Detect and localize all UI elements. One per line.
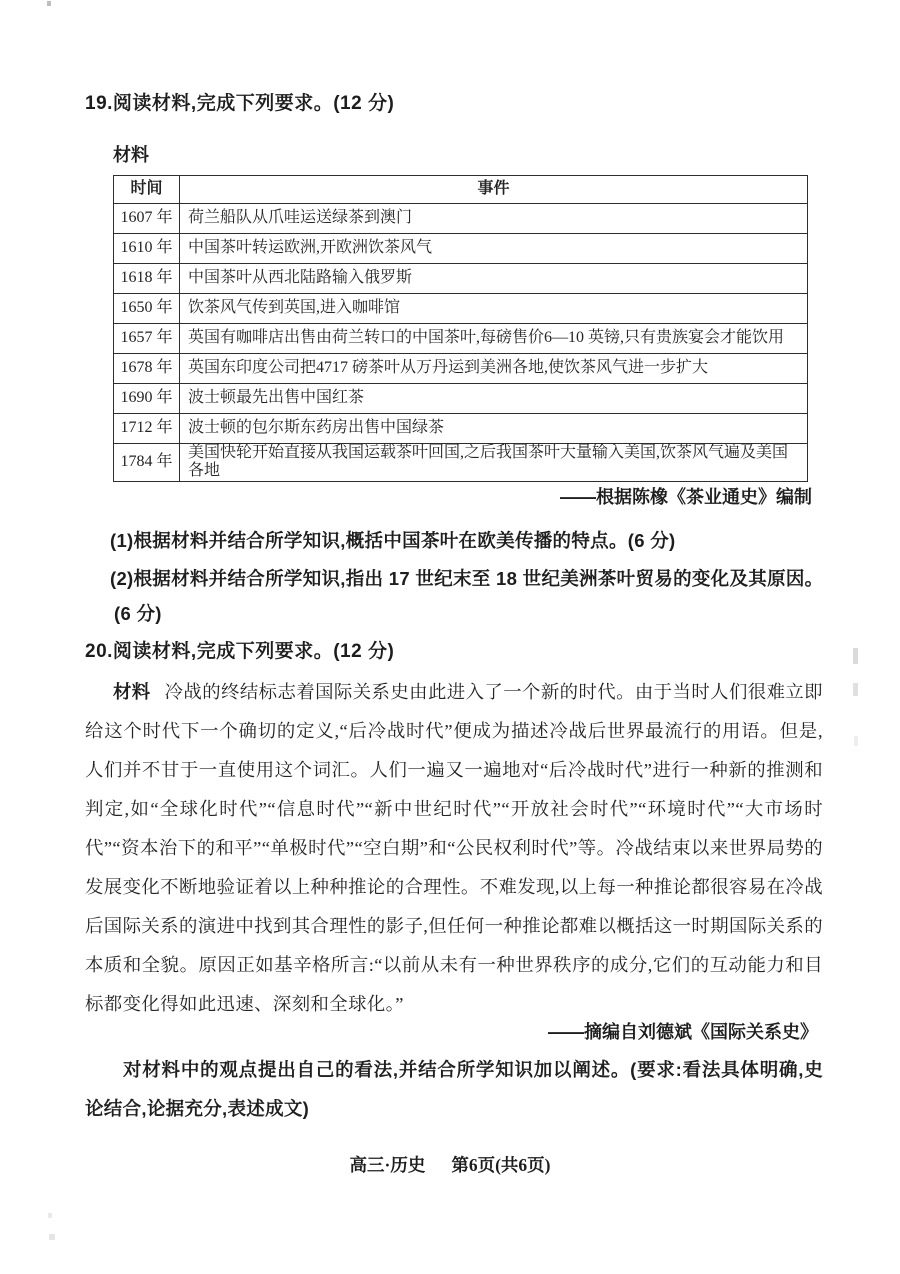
- year-cell: 1618 年: [114, 264, 180, 294]
- event-cell: 美国快轮开始直接从我国运载茶叶回国,之后我国茶叶大量输入美国,饮茶风气遍及美国各…: [180, 444, 808, 482]
- page-footer: 高三·历史第6页(共6页): [0, 1152, 900, 1177]
- exam-page: { "page": { "q19": { "number": "19.", "p…: [0, 0, 900, 1274]
- table-row: 1607 年荷兰船队从爪哇运送绿茶到澳门: [114, 204, 808, 234]
- event-cell: 中国茶叶从西北陆路输入俄罗斯: [180, 264, 808, 294]
- q20-material-paragraph: 材料冷战的终结标志着国际关系史由此进入了一个新的时代。由于当时人们很难立即给这个…: [85, 672, 823, 1024]
- year-cell: 1784 年: [114, 444, 180, 482]
- q19-subquestion-1: (1)根据材料并结合所学知识,概括中国茶叶在欧美传播的特点。(6 分): [110, 527, 676, 553]
- year-cell: 1607 年: [114, 204, 180, 234]
- table-row: 1784 年美国快轮开始直接从我国运载茶叶回国,之后我国茶叶大量输入美国,饮茶风…: [114, 444, 808, 482]
- event-cell: 荷兰船队从爪哇运送绿茶到澳门: [180, 204, 808, 234]
- question-20-prompt: 阅读材料,完成下列要求。(12 分): [113, 641, 394, 662]
- question-19-number: 19.: [85, 93, 113, 114]
- table-row: 1690 年波士顿最先出售中国红茶: [114, 384, 808, 414]
- question-20-heading: 20.阅读材料,完成下列要求。(12 分): [85, 636, 394, 663]
- table-row: 1657 年英国有咖啡店出售由荷兰转口的中国茶叶,每磅售价6—10 英镑,只有贵…: [114, 324, 808, 354]
- question-19-heading: 19.阅读材料,完成下列要求。(12 分): [85, 88, 394, 115]
- q20-material-label: 材料: [113, 681, 151, 702]
- column-header-time: 时间: [114, 176, 180, 204]
- event-cell: 中国茶叶转运欧洲,开欧洲饮茶风气: [180, 234, 808, 264]
- tea-events-table: 时间 事件 1607 年荷兰船队从爪哇运送绿茶到澳门 1610 年中国茶叶转运欧…: [113, 175, 808, 482]
- event-cell: 英国东印度公司把4717 磅茶叶从万丹运到美洲各地,使饮茶风气进一步扩大: [180, 354, 808, 384]
- q19-subquestion-2: (2)根据材料并结合所学知识,指出 17 世纪末至 18 世纪美洲茶叶贸易的变化…: [110, 565, 823, 591]
- scan-artifact: [853, 683, 858, 696]
- table-row: 1678 年英国东印度公司把4717 磅茶叶从万丹运到美洲各地,使饮茶风气进一步…: [114, 354, 808, 384]
- year-cell: 1690 年: [114, 384, 180, 414]
- table-row: 1650 年饮茶风气传到英国,进入咖啡馆: [114, 294, 808, 324]
- event-cell: 波士顿最先出售中国红茶: [180, 384, 808, 414]
- table-row: 1712 年波士顿的包尔斯东药房出售中国绿茶: [114, 414, 808, 444]
- q19-subquestion-2-score: (6 分): [114, 600, 162, 626]
- scan-artifact: [854, 736, 858, 746]
- q19-material-label: 材料: [113, 141, 149, 167]
- event-cell: 饮茶风气传到英国,进入咖啡馆: [180, 294, 808, 324]
- table-header-row: 时间 事件: [114, 176, 808, 204]
- footer-page-number: 第6页(共6页): [451, 1155, 550, 1175]
- table-row: 1618 年中国茶叶从西北陆路输入俄罗斯: [114, 264, 808, 294]
- scan-artifact: [49, 1234, 55, 1240]
- year-cell: 1678 年: [114, 354, 180, 384]
- table-row: 1610 年中国茶叶转运欧洲,开欧洲饮茶风气: [114, 234, 808, 264]
- footer-course-label: 高三·历史: [350, 1155, 426, 1175]
- question-19-prompt: 阅读材料,完成下列要求。(12 分): [113, 93, 394, 114]
- scan-artifact: [48, 1213, 52, 1218]
- column-header-event: 事件: [180, 176, 808, 204]
- year-cell: 1657 年: [114, 324, 180, 354]
- question-20-number: 20.: [85, 641, 113, 662]
- scan-artifact: [47, 1, 51, 6]
- year-cell: 1712 年: [114, 414, 180, 444]
- q20-material-text: 冷战的终结标志着国际关系史由此进入了一个新的时代。由于当时人们很难立即给这个时代…: [85, 682, 823, 1014]
- scan-artifact: [853, 648, 858, 664]
- event-cell: 波士顿的包尔斯东药房出售中国绿茶: [180, 414, 808, 444]
- event-cell: 英国有咖啡店出售由荷兰转口的中国茶叶,每磅售价6—10 英镑,只有贵族宴会才能饮…: [180, 324, 808, 354]
- q20-task-paragraph: 对材料中的观点提出自己的看法,并结合所学知识加以阐述。(要求:看法具体明确,史论…: [85, 1050, 823, 1128]
- year-cell: 1610 年: [114, 234, 180, 264]
- q20-source-attribution: ——摘编自刘德斌《国际关系史》: [548, 1018, 818, 1044]
- year-cell: 1650 年: [114, 294, 180, 324]
- q19-source-attribution: ——根据陈橡《茶业通史》编制: [560, 483, 812, 509]
